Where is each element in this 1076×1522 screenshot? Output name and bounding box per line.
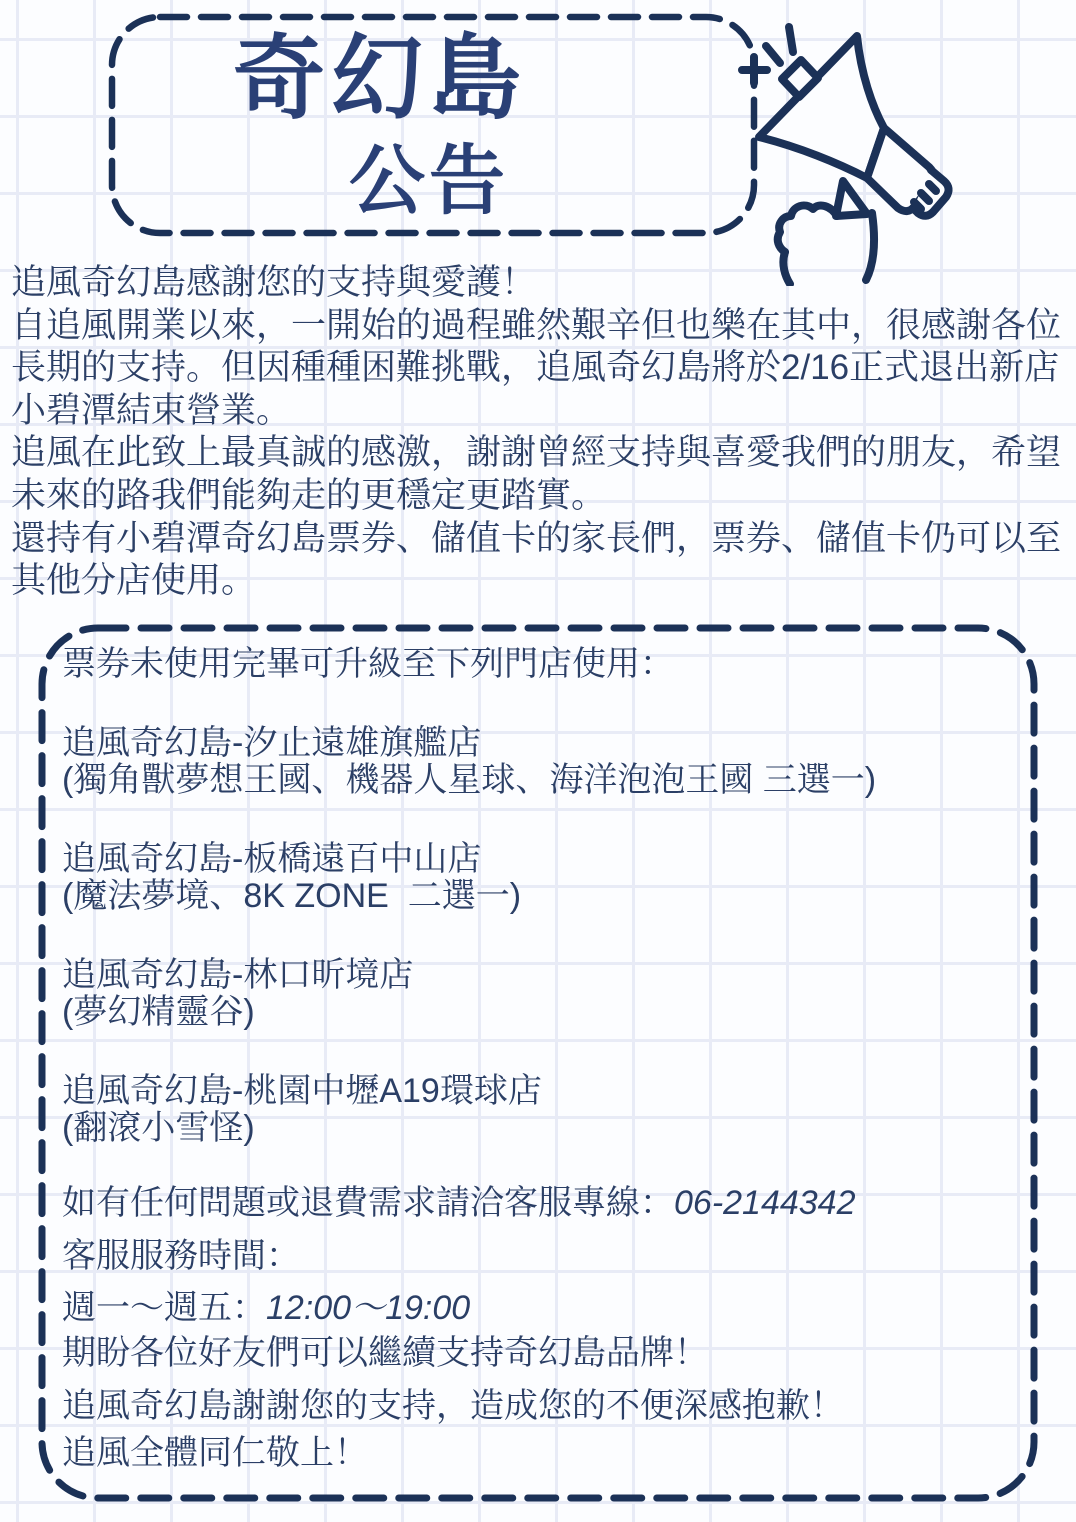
store-detail: (翻滾小雪怪) [62, 1110, 1018, 1147]
closing-line: 期盼各位好友們可以繼續支持奇幻島品牌！ [62, 1335, 1018, 1372]
service-hours-label: 客服服務時間： [62, 1238, 1018, 1275]
intro-line: 追風在此致上最真誠的感激，謝謝曾經支持與喜愛我們的朋友，希望 [11, 432, 1073, 475]
header-box: 奇幻島 公告 [108, 13, 758, 237]
store-detail: (獨角獸夢想王國、機器人星球、海洋泡泡王國 三選一) [62, 762, 1018, 799]
intro-line: 長期的支持。但因種種困難挑戰，追風奇幻島將於2/16正式退出新店 [11, 347, 1073, 390]
hotline-number: 06-2144342 [674, 1184, 856, 1222]
hotline-label: 如有任何問題或退費需求請洽客服專線： [62, 1184, 674, 1222]
store-name: 追風奇幻島-板橋遠百中山店 [62, 841, 1018, 878]
plus-sparkle-icon [742, 57, 767, 83]
intro-line: 自追風開業以來，一開始的過程雖然艱辛但也樂在其中，很感謝各位 [11, 305, 1073, 348]
closing-line: 追風奇幻島謝謝您的支持，造成您的不便深感抱歉！ [62, 1388, 1018, 1425]
store-name: 追風奇幻島-桃園中壢A19環球店 [62, 1073, 1018, 1110]
closing-line: 追風全體同仁敬上！ [62, 1435, 1018, 1472]
store-detail: (夢幻精靈谷) [62, 994, 1018, 1031]
intro-line: 小碧潭結束營業。 [11, 390, 1073, 433]
store-detail: (魔法夢境、8K ZONE 二選一) [62, 878, 1018, 915]
schedule-line: 週一～週五：12:00～19:00 [62, 1290, 1018, 1327]
intro-line: 追風奇幻島感謝您的支持與愛護！ [11, 262, 1073, 305]
page-subtitle: 公告 [108, 137, 758, 227]
sound-ray-icon [766, 46, 780, 63]
notice-box: 票券未使用完畢可升級至下列門店使用： 追風奇幻島-汐止遠雄旗艦店 (獨角獸夢想王… [38, 624, 1038, 1502]
intro-line: 還持有小碧潭奇幻島票券、儲值卡的家長們，票券、儲值卡仍可以至 [11, 518, 1073, 561]
page-title: 奇幻島 [108, 27, 758, 131]
schedule-label: 週一～週五： [62, 1289, 266, 1327]
notice-content: 票券未使用完畢可升級至下列門店使用： 追風奇幻島-汐止遠雄旗艦店 (獨角獸夢想王… [38, 624, 1038, 1472]
store-name: 追風奇幻島-汐止遠雄旗艦店 [62, 725, 1018, 762]
announcement-poster: 奇幻島 公告 追風奇幻島感謝您的支持與愛護！ [0, 0, 1076, 1522]
store-name: 追風奇幻島-林口昕境店 [62, 957, 1018, 994]
hotline-line: 如有任何問題或退費需求請洽客服專線：06-2144342 [62, 1185, 1018, 1222]
intro-paragraph: 追風奇幻島感謝您的支持與愛護！ 自追風開業以來，一開始的過程雖然艱辛但也樂在其中… [11, 262, 1073, 603]
sound-ray-icon [789, 27, 793, 52]
notice-heading: 票券未使用完畢可升級至下列門店使用： [62, 646, 1018, 683]
megaphone-icon [733, 16, 958, 286]
intro-line: 未來的路我們能夠走的更穩定更踏實。 [11, 475, 1073, 518]
schedule-time: 12:00～19:00 [266, 1289, 470, 1327]
intro-line: 其他分店使用。 [11, 560, 1073, 603]
